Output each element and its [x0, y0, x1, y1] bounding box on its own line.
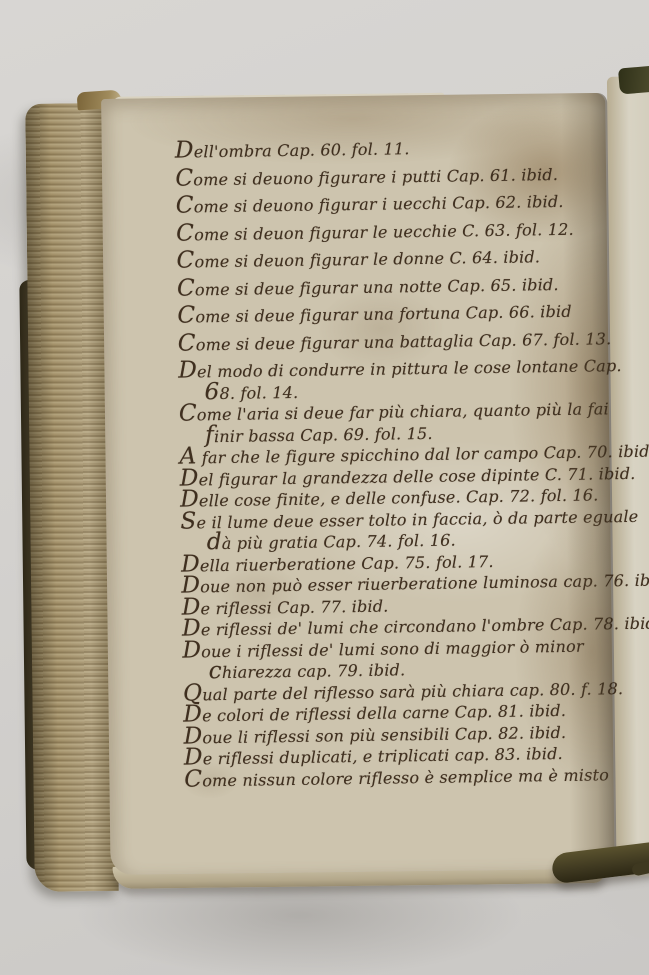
manuscript-page: Dell'ombra Cap. 60. fol. 11. Come si deu… [101, 93, 614, 875]
table-of-contents: Dell'ombra Cap. 60. fol. 11. Come si deu… [175, 132, 615, 788]
photo-of-open-book: Dell'ombra Cap. 60. fol. 11. Come si deu… [0, 0, 649, 975]
cover-corner-top-right [618, 64, 649, 94]
book: Dell'ombra Cap. 60. fol. 11. Come si deu… [19, 82, 649, 910]
